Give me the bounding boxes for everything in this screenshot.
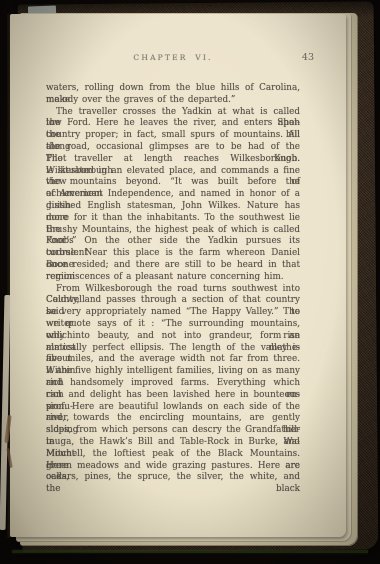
text-line: low Ford. Here he leaves the river, and …: [46, 118, 300, 130]
text-line: The traveller at length reaches Wilkesbo…: [46, 154, 300, 166]
text-line: more for it than the inhabitants. To the…: [46, 213, 300, 225]
text-line: matically perfect ellipsis. The length o…: [46, 343, 300, 355]
chapter-heading: CHAPTER VI.: [46, 53, 300, 62]
text-line: and handsomely improved farms. Everythin…: [46, 378, 300, 390]
text-line: five miles, and the average width not fa…: [46, 354, 300, 366]
text-line: the road, occasional glimpses are to be …: [46, 142, 300, 154]
text-line: From Wilkesborough the road turns southw…: [46, 284, 300, 296]
text-line: tauga, the Hawk’s Bill and Table-Rock in…: [46, 437, 300, 449]
text-line: Knob.” On the other side the Yadkin purs…: [46, 236, 300, 248]
page-number: 43: [302, 52, 314, 63]
text-line: green meadows and wide grazing pastures.…: [46, 461, 300, 473]
text-line: country proper; in fact, small spurs of …: [46, 130, 300, 142]
text-line: of American Independence, and named in h…: [46, 189, 300, 201]
text-line: course. Near this place is the farm wher…: [46, 248, 300, 260]
text-line: melody over the graves of the departed.”: [46, 95, 300, 107]
text-line: rich and delight has been lavished here …: [46, 390, 300, 402]
text-line: cedars, pines, the spruce, the silver, t…: [46, 472, 300, 484]
text-line: once resided; and there are still to be …: [46, 260, 300, 272]
text-line: Brushy Mountains, the highest peak of wh…: [46, 225, 300, 237]
text-line: only into beauty, and not into grandeur,…: [46, 331, 300, 343]
text-line: we quote says of it : “The surrounding m…: [46, 319, 300, 331]
text-line: sides, from which persons can descry the…: [46, 425, 300, 437]
text-line: be very appropriately named “The Happy V…: [46, 307, 300, 319]
text-line: guished English statesman, John Wilkes. …: [46, 201, 300, 213]
text-line: the mountains beyond. “It was built befo…: [46, 177, 300, 189]
text-line: The traveller crosses the Yadkin at what…: [46, 107, 300, 119]
text-line: it are five highly intelligent families,…: [46, 366, 300, 378]
text-line: County, and passes through a section of …: [46, 295, 300, 307]
text-line: Mitchell, the loftiest peak of the Black…: [46, 449, 300, 461]
text-line: reminiscences of a pleasant nature conce…: [46, 272, 300, 284]
text-line: waters, rolling down from the blue hills…: [46, 83, 300, 95]
text-line: sion. Here are beautiful lowlands on eac…: [46, 402, 300, 414]
text-body: waters, rolling down from the blue hills…: [46, 83, 300, 484]
text-line: is situated in an elevated place, and co…: [46, 166, 300, 178]
book-photo: CHAPTER VI. 43 waters, rolling down from…: [0, 0, 380, 564]
table-edge-line: [12, 550, 368, 553]
text-line: and, towards the encircling mountains, a…: [46, 413, 300, 425]
running-header: CHAPTER VI. 43: [46, 53, 300, 65]
book-page: CHAPTER VI. 43 waters, rolling down from…: [10, 14, 346, 537]
